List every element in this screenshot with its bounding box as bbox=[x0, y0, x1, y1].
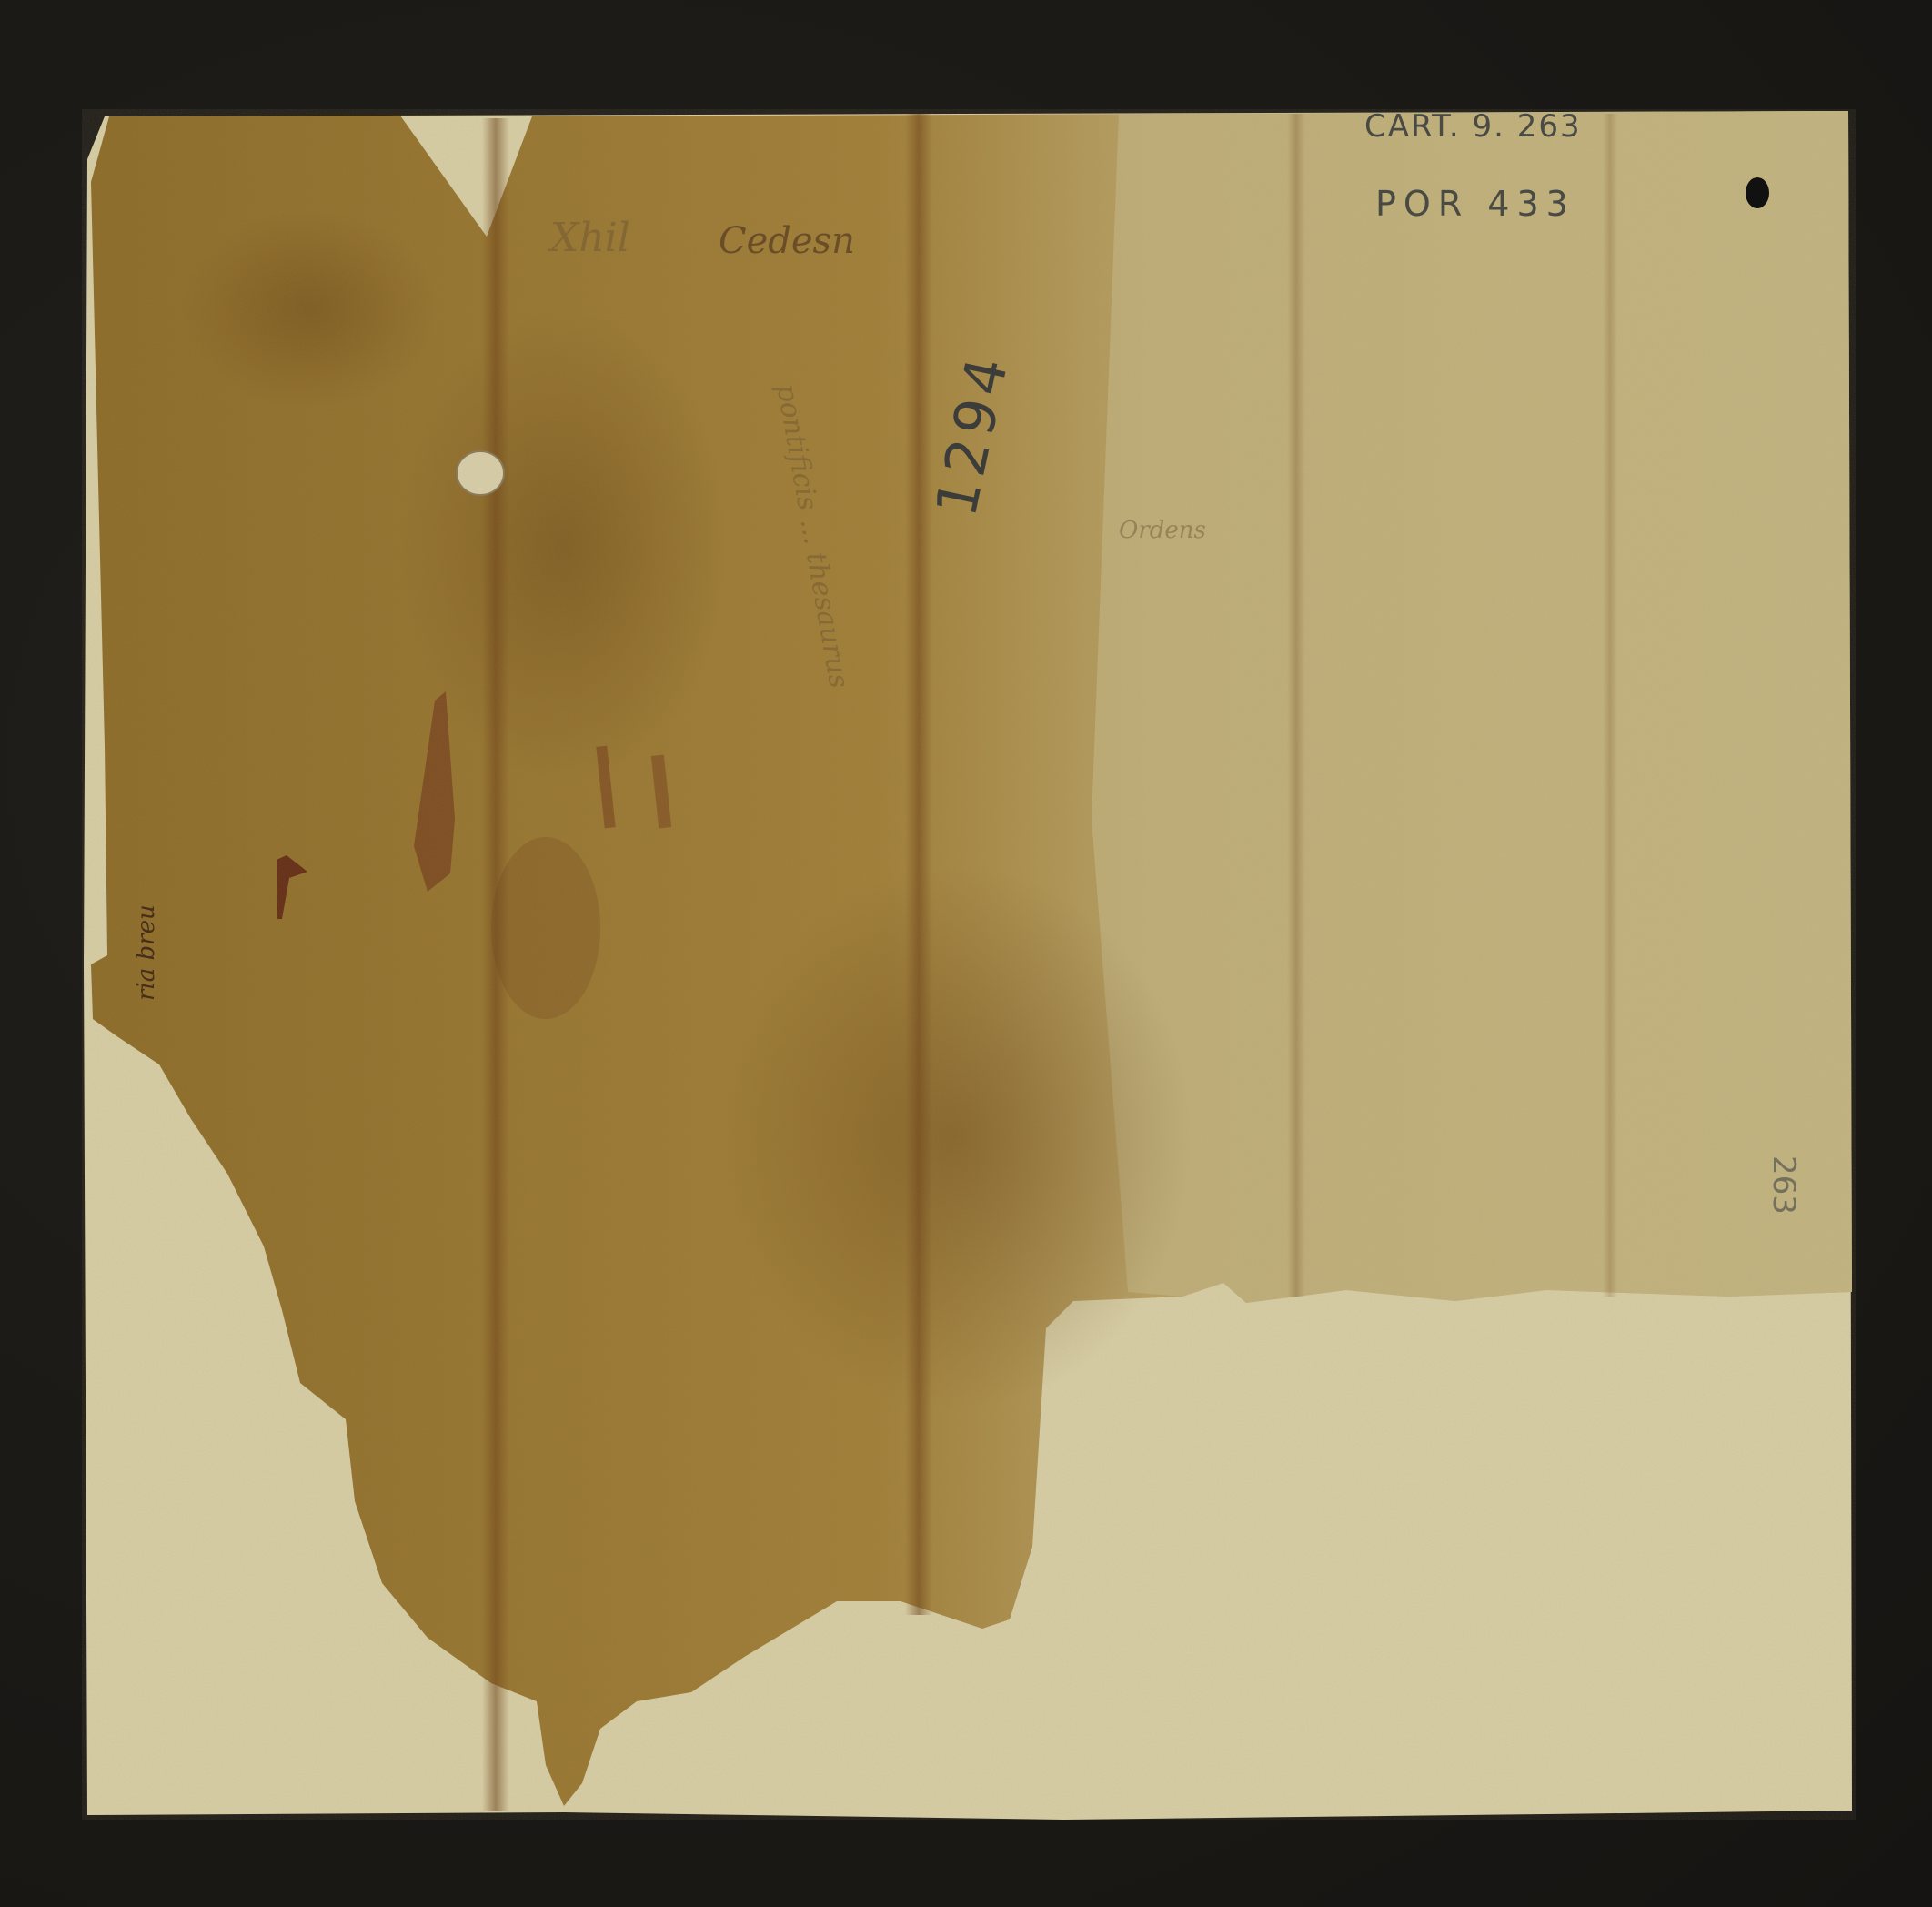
archive-number-label: POR 433 bbox=[1375, 187, 1575, 221]
faint-endorsement-word: Ordens bbox=[1119, 519, 1206, 542]
round-hole bbox=[457, 451, 504, 495]
endorsement-left: Xhil bbox=[550, 218, 630, 258]
folio-number: 263 bbox=[1768, 1155, 1799, 1215]
endorsement-signature: Cedesn bbox=[719, 223, 855, 259]
document-photo: CART. 9. 263 POR 433 1294 263 Xhil Cedes… bbox=[0, 0, 1932, 1907]
small-hole-right bbox=[1746, 177, 1769, 208]
margin-note: ria breu bbox=[135, 904, 158, 1001]
shelfmark-label: CART. 9. 263 bbox=[1364, 111, 1582, 142]
parchment-sheet bbox=[0, 0, 1932, 1907]
